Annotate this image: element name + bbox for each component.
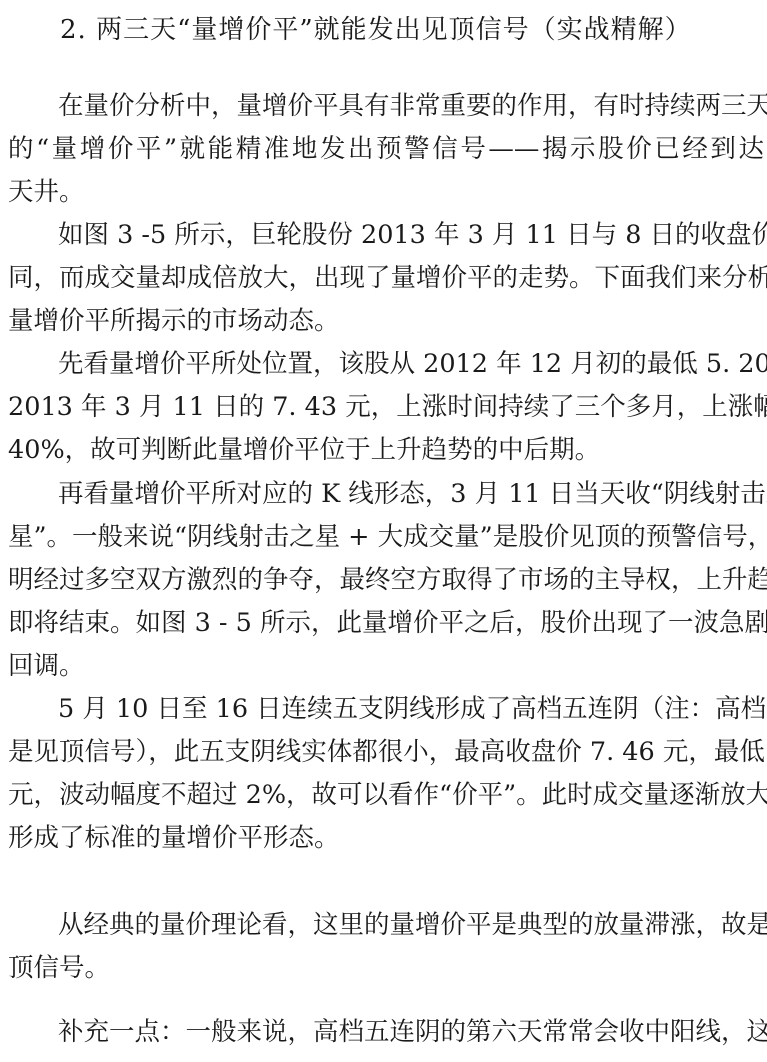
paragraph-2-line-2: 同，而成交量却成倍放大，出现了量增价平的走势。下面我们来分析此 [8, 258, 764, 298]
paragraph-5-line-3: 元，波动幅度不超过 2%，故可以看作“价平”。此时成交量逐渐放大， [8, 775, 764, 815]
paragraph-4-line-1: 再看量增价平所对应的 K 线形态，3 月 11 日当天收“阴线射击之 [58, 474, 764, 514]
paragraph-7-line-1: 补充一点：一般来说，高档五连阴的第六天常常会收中阳线，这是 [58, 1012, 764, 1052]
paragraph-6-line-1: 从经典的量价理论看，这里的量增价平是典型的放量滞涨，故是见 [58, 905, 764, 945]
paragraph-2-line-3: 量增价平所揭示的市场动态。 [8, 301, 764, 341]
paragraph-5-line-1: 5 月 10 日至 16 日连续五支阴线形成了高档五连阴（注：高档五连阴 [58, 689, 764, 729]
paragraph-3-line-2: 2013 年 3 月 11 日的 7. 43 元，上涨时间持续了三个多月，上涨幅… [8, 387, 764, 427]
paragraph-4-line-4: 即将结束。如图 3 - 5 所示，此量增价平之后，股价出现了一波急剧 [8, 603, 764, 643]
paragraph-6-line-2: 顶信号。 [8, 948, 764, 988]
paragraph-1-line-2: 的“量增价平”就能精准地发出预警信号——揭示股价已经到达 [8, 129, 764, 169]
section-title: 2. 两三天“量增价平”就能发出见顶信号（实战精解） [60, 10, 692, 50]
paragraph-4-line-3: 明经过多空双方激烈的争夺，最终空方取得了市场的主导权，上升趋势 [8, 560, 764, 600]
paragraph-4-line-5: 回调。 [8, 646, 764, 686]
paragraph-3-line-1: 先看量增价平所处位置，该股从 2012 年 12 月初的最低 5. 20 元涨到 [58, 344, 764, 384]
paragraph-5-line-4: 形成了标准的量增价平形态。 [8, 818, 764, 858]
paragraph-5-line-2: 是见顶信号），此五支阴线实体都很小，最高收盘价 7. 46 元，最低 7. 32 [8, 732, 764, 772]
paragraph-2-line-1: 如图 3 -5 所示，巨轮股份 2013 年 3 月 11 日与 8 日的收盘价… [58, 215, 764, 255]
paragraph-1-line-3: 天井。 [8, 172, 764, 212]
paragraph-1-line-1: 在量价分析中，量增价平具有非常重要的作用，有时持续两三天 [58, 86, 764, 126]
paragraph-4-line-2: 星”。一般来说“阴线射击之星 + 大成交量”是股价见顶的预警信号，表 [8, 517, 764, 557]
paragraph-3-line-3: 40%，故可判断此量增价平位于上升趋势的中后期。 [8, 430, 764, 470]
document-page: 2. 两三天“量增价平”就能发出见顶信号（实战精解） 在量价分析中，量增价平具有… [0, 0, 767, 1062]
